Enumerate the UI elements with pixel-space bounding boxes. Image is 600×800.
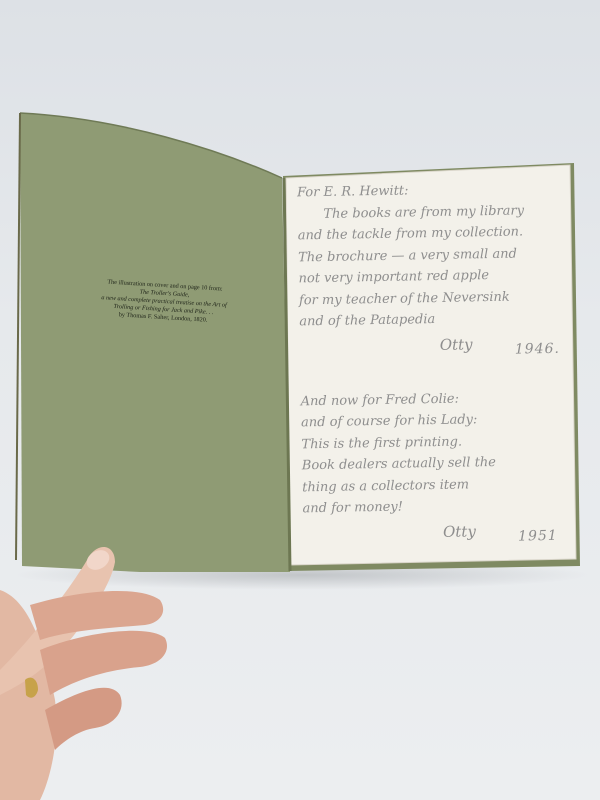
hand xyxy=(0,530,200,800)
handwritten-inscriptions: For E. R. Hewitt: The books are from my … xyxy=(297,178,573,543)
year: 1946. xyxy=(515,338,560,360)
photo-scene: The illustration on cover and on page 10… xyxy=(0,0,600,800)
year: 1951 xyxy=(518,525,558,547)
signature: Otty xyxy=(443,521,476,543)
left-page-side-edge xyxy=(16,113,20,560)
finger-ring xyxy=(45,688,122,750)
inscription-2-signature-row: Otty 1951 xyxy=(303,515,573,550)
signature: Otty xyxy=(440,334,473,356)
inscription-1-signature-row: Otty 1946. xyxy=(300,328,570,363)
left-green-page xyxy=(20,113,290,572)
